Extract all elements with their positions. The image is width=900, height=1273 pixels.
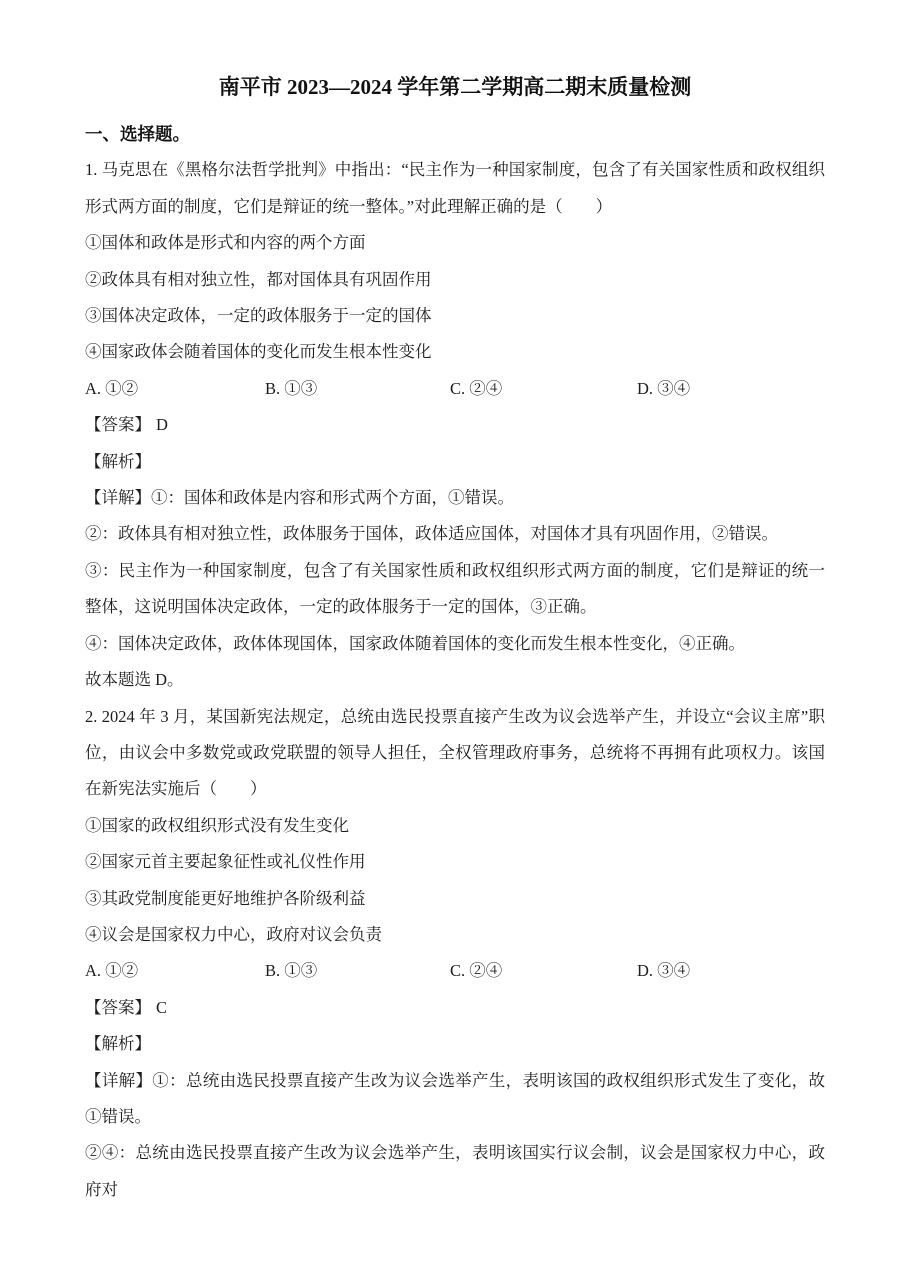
answer-value: D xyxy=(156,415,168,434)
explanation-paragraph: ②：政体具有相对独立性，政体服务于国体，政体适应国体，对国体才具有巩固作用，②错… xyxy=(85,516,825,552)
option-list: ①国体和政体是形式和内容的两个方面 ②政体具有相对独立性，都对国体具有巩固作用 … xyxy=(85,225,825,371)
explanation: 【详解】①：总统由选民投票直接产生改为议会选举产生，表明该国的政权组织形式发生了… xyxy=(85,1063,825,1209)
option-list: ①国家的政权组织形式没有发生变化 ②国家元首主要起象征性或礼仪性作用 ③其政党制… xyxy=(85,808,825,954)
option-item: ①国体和政体是形式和内容的两个方面 xyxy=(85,225,825,261)
option-item: ③其政党制度能更好地维护各阶级利益 xyxy=(85,881,825,917)
answer-line: 【答案】D xyxy=(85,407,825,443)
choice-c: C. ②④ xyxy=(450,371,637,407)
option-item: ④议会是国家权力中心，政府对议会负责 xyxy=(85,917,825,953)
answer-label: 【答案】 xyxy=(85,415,151,434)
question-stem: 1. 马克思在《黑格尔法哲学批判》中指出：“民主作为一种国家制度，包含了有关国家… xyxy=(85,152,825,225)
analysis-label: 【解析】 xyxy=(85,444,825,480)
choice-d: D. ③④ xyxy=(637,371,825,407)
choice-a: A. ①② xyxy=(85,953,265,989)
explanation-paragraph: ④：国体决定政体，政体体现国体，国家政体随着国体的变化而发生根本性变化，④正确。 xyxy=(85,626,825,662)
explanation-paragraph: 【详解】①：国体和政体是内容和形式两个方面，①错误。 xyxy=(85,480,825,516)
choices-row: A. ①② B. ①③ C. ②④ D. ③④ xyxy=(85,371,825,407)
analysis-label: 【解析】 xyxy=(85,1026,825,1062)
answer-line: 【答案】C xyxy=(85,990,825,1026)
question-1: 1. 马克思在《黑格尔法哲学批判》中指出：“民主作为一种国家制度，包含了有关国家… xyxy=(85,152,825,698)
option-item: ①国家的政权组织形式没有发生变化 xyxy=(85,808,825,844)
explanation-paragraph: 【详解】①：总统由选民投票直接产生改为议会选举产生，表明该国的政权组织形式发生了… xyxy=(85,1063,825,1136)
question-2: 2. 2024 年 3 月，某国新宪法规定，总统由选民投票直接产生改为议会选举产… xyxy=(85,699,825,1209)
explanation-paragraph: ②④：总统由选民投票直接产生改为议会选举产生，表明该国实行议会制，议会是国家权力… xyxy=(85,1135,825,1208)
option-item: ④国家政体会随着国体的变化而发生根本性变化 xyxy=(85,334,825,370)
option-item: ②国家元首主要起象征性或礼仪性作用 xyxy=(85,844,825,880)
exam-page: 南平市 2023—2024 学年第二学期高二期末质量检测 一、选择题。 1. 马… xyxy=(0,0,900,1273)
exam-title: 南平市 2023—2024 学年第二学期高二期末质量检测 xyxy=(85,74,825,100)
choice-c: C. ②④ xyxy=(450,953,637,989)
question-stem: 2. 2024 年 3 月，某国新宪法规定，总统由选民投票直接产生改为议会选举产… xyxy=(85,699,825,808)
choices-row: A. ①② B. ①③ C. ②④ D. ③④ xyxy=(85,953,825,989)
choice-a: A. ①② xyxy=(85,371,265,407)
choice-b: B. ①③ xyxy=(265,371,450,407)
answer-label: 【答案】 xyxy=(85,998,151,1017)
option-item: ②政体具有相对独立性，都对国体具有巩固作用 xyxy=(85,262,825,298)
explanation: 【详解】①：国体和政体是内容和形式两个方面，①错误。 ②：政体具有相对独立性，政… xyxy=(85,480,825,698)
section-heading: 一、选择题。 xyxy=(85,116,825,152)
explanation-paragraph: ③：民主作为一种国家制度，包含了有关国家性质和政权组织形式两方面的制度，它们是辩… xyxy=(85,553,825,626)
choice-d: D. ③④ xyxy=(637,953,825,989)
explanation-paragraph: 故本题选 D。 xyxy=(85,662,825,698)
option-item: ③国体决定政体，一定的政体服务于一定的国体 xyxy=(85,298,825,334)
answer-value: C xyxy=(156,998,167,1017)
choice-b: B. ①③ xyxy=(265,953,450,989)
